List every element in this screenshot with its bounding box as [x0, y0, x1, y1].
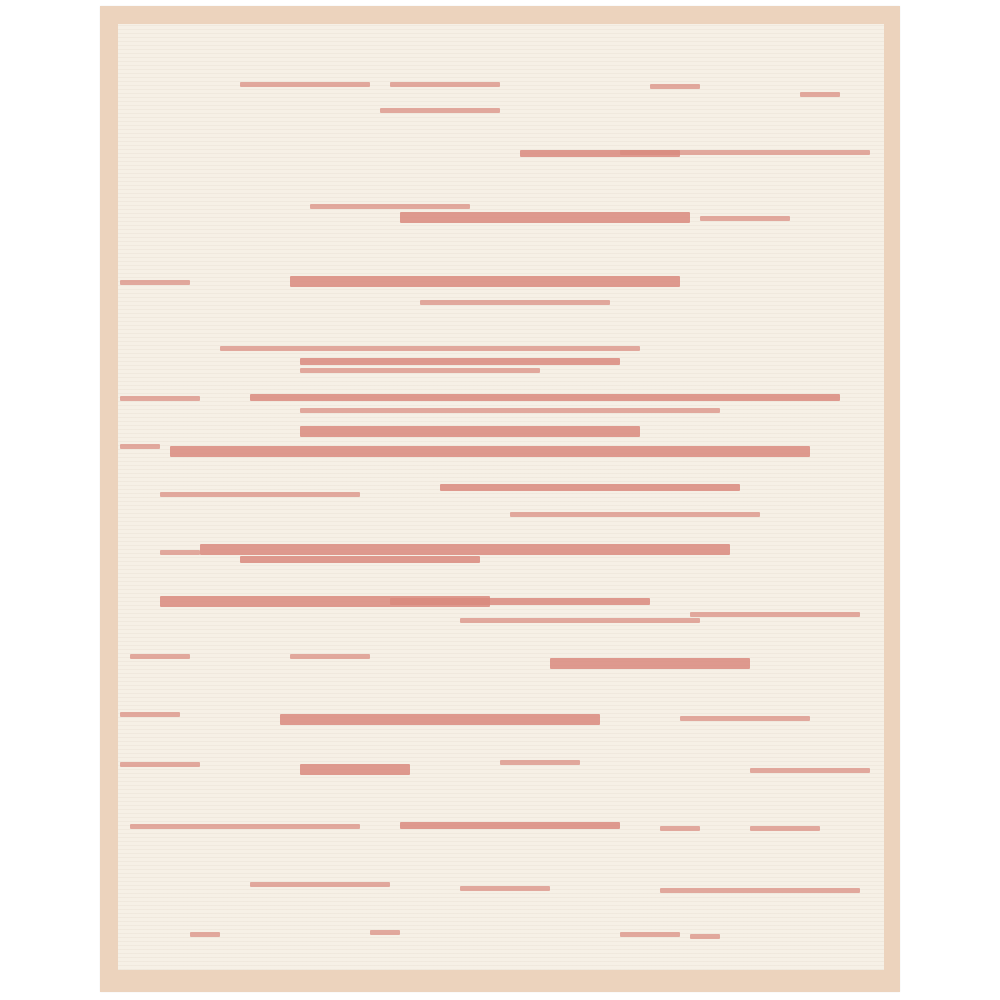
motif-stroke	[550, 658, 750, 669]
motif-stroke	[280, 714, 600, 725]
motif-stroke	[300, 368, 540, 373]
motif-stroke	[300, 764, 410, 775]
rug-field	[118, 24, 884, 970]
motif-stroke	[400, 822, 620, 829]
motif-stroke	[250, 394, 840, 401]
motif-stroke	[240, 556, 480, 563]
motif-stroke	[250, 882, 390, 887]
motif-stroke	[390, 598, 650, 605]
motif-stroke	[120, 762, 200, 767]
motif-stroke	[190, 932, 220, 937]
motif-stroke	[620, 150, 870, 155]
motif-stroke	[300, 358, 620, 365]
motif-stroke	[390, 82, 500, 87]
motif-stroke	[440, 484, 740, 491]
motif-stroke	[240, 82, 370, 87]
motif-stroke	[120, 712, 180, 717]
motif-stroke	[290, 654, 370, 659]
motif-stroke	[120, 444, 160, 449]
motif-stroke	[120, 396, 200, 401]
motif-stroke	[130, 824, 360, 829]
motif-stroke	[660, 826, 700, 831]
motif-stroke	[460, 618, 700, 623]
motif-stroke	[120, 280, 190, 285]
motif-stroke	[460, 886, 550, 891]
motif-stroke	[380, 108, 500, 113]
motif-stroke	[420, 300, 610, 305]
motif-stroke	[660, 888, 860, 893]
motif-stroke	[690, 612, 860, 617]
motif-stroke	[370, 930, 400, 935]
motif-stroke	[220, 346, 640, 351]
motif-stroke	[160, 492, 360, 497]
motif-stroke	[400, 212, 690, 223]
motif-stroke	[700, 216, 790, 221]
motif-stroke	[300, 408, 720, 413]
motif-stroke	[160, 550, 200, 555]
motif-stroke	[750, 768, 870, 773]
motif-stroke	[510, 512, 760, 517]
motif-stroke	[680, 716, 810, 721]
motif-stroke	[650, 84, 700, 89]
motif-stroke	[750, 826, 820, 831]
motif-stroke	[200, 544, 730, 555]
rug	[100, 6, 900, 992]
motif-stroke	[690, 934, 720, 939]
motif-stroke	[130, 654, 190, 659]
motif-stroke	[300, 426, 640, 437]
motif-stroke	[800, 92, 840, 97]
motif-stroke	[500, 760, 580, 765]
motif-stroke	[290, 276, 680, 287]
motif-stroke	[170, 446, 810, 457]
motif-stroke	[620, 932, 680, 937]
motif-stroke	[310, 204, 470, 209]
